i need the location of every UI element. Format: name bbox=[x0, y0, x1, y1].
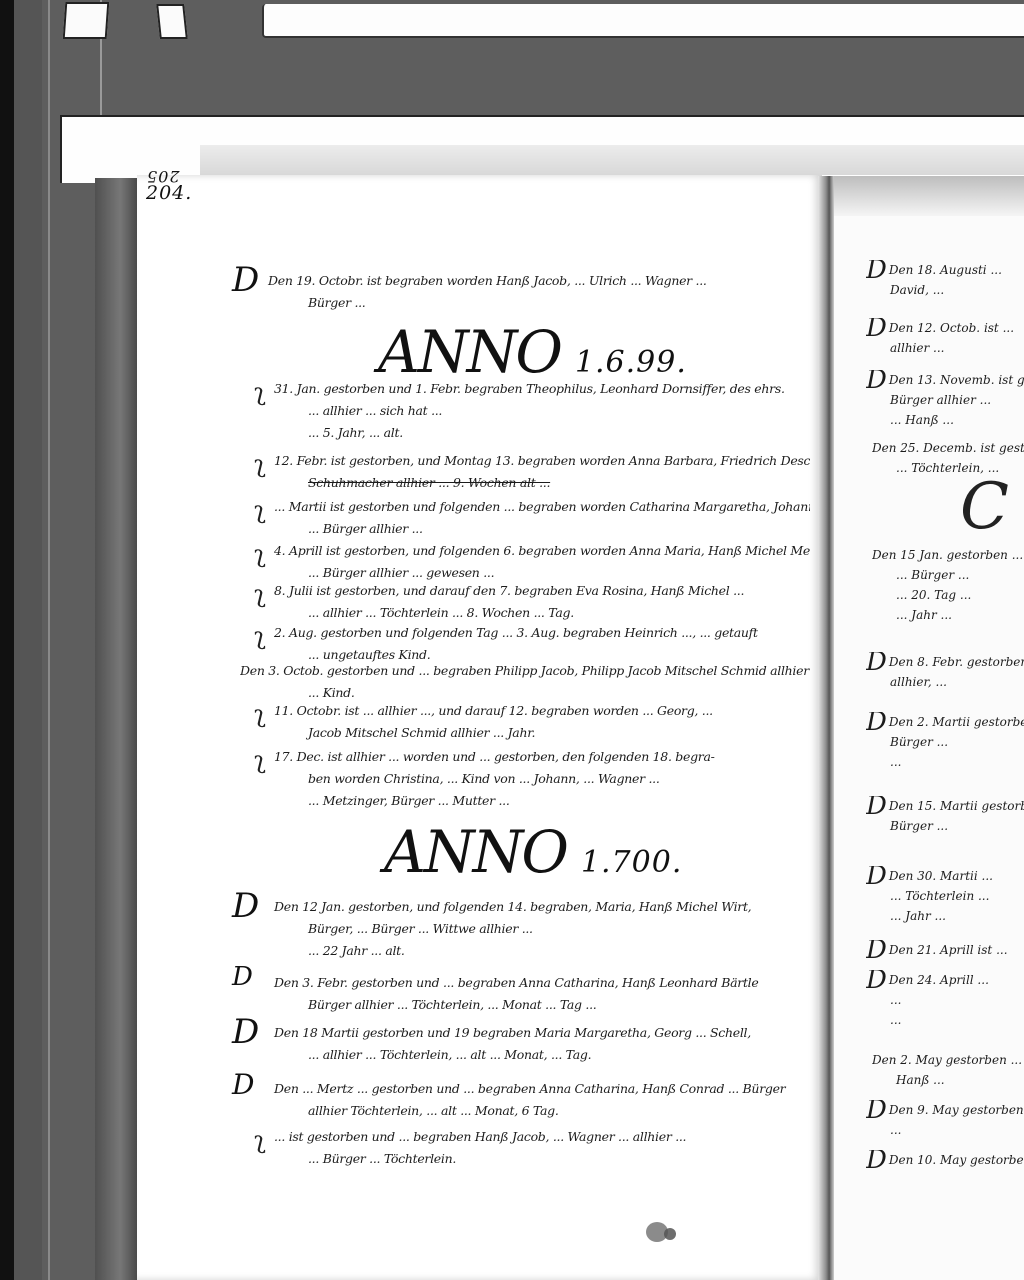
ornate-initial: D bbox=[866, 712, 887, 737]
paper-strip-shadow bbox=[200, 145, 1024, 175]
ornate-anno-initial: C bbox=[960, 470, 1009, 544]
entry-line: Jacob Mitschel Schmid allhier ... Jahr. bbox=[240, 722, 810, 744]
entry-line: Den 13. Novemb. ist gestorben, ... bbox=[889, 373, 1024, 387]
entry-line: ... Bürger ... Töchterlein. bbox=[240, 1148, 810, 1170]
entry-line: Den 3. Febr. gestorben und ... begraben … bbox=[240, 972, 810, 994]
entry-line: ... Martii ist gestorben und folgenden .… bbox=[240, 496, 810, 518]
entry-line: ... bbox=[866, 990, 1024, 1010]
register-entry: D Den 19. Octobr. ist begraben worden Ha… bbox=[240, 270, 810, 314]
paper-tab bbox=[156, 4, 188, 39]
ornate-initial: D bbox=[866, 796, 887, 821]
register-entry: Den 15 Jan. gestorben ... ... Bürger ...… bbox=[872, 545, 1024, 625]
ornate-initial: D bbox=[866, 1150, 887, 1170]
entry-line: Den 12. Octob. ist ... bbox=[889, 321, 1014, 335]
old-folio-number: 205 bbox=[146, 168, 182, 185]
register-entry: D Den 12 Jan. gestorben, und folgenden 1… bbox=[240, 896, 810, 962]
anno-label: ANNO bbox=[378, 318, 561, 386]
entry-line: ... allhier ... Töchterlein, ... alt ...… bbox=[240, 1044, 810, 1066]
entry-mark: ʅ bbox=[254, 540, 266, 568]
ornate-initial: D bbox=[232, 962, 253, 992]
entry-line: ... bbox=[866, 1010, 1024, 1030]
entry-line: ... allhier ... Töchterlein ... 8. Woche… bbox=[240, 602, 810, 624]
entry-line: 8. Julii ist gestorben, und darauf den 7… bbox=[240, 580, 810, 602]
entry-line: ... Jahr ... bbox=[872, 605, 1024, 625]
entry-line: ... Töchterlein ... bbox=[866, 886, 1024, 906]
entry-line: ... Bürger allhier ... bbox=[240, 518, 810, 540]
film-margin bbox=[14, 0, 42, 1280]
entry-line: Den 15. Martii gestorben ... bbox=[889, 799, 1024, 813]
entry-mark: ʅ bbox=[254, 378, 266, 406]
register-entry: D Den 18 Martii gestorben und 19 begrabe… bbox=[240, 1022, 810, 1066]
entry-line: ... 20. Tag ... bbox=[872, 585, 1024, 605]
entry-line: Den 18 Martii gestorben und 19 begraben … bbox=[240, 1022, 810, 1044]
entry-line: ... Bürger ... bbox=[872, 565, 1024, 585]
register-entry: DDen 9. May gestorben ... ... bbox=[866, 1100, 1024, 1140]
film-edge bbox=[0, 0, 14, 1280]
entry-line: ... Hanß ... bbox=[866, 410, 1024, 430]
entry-line: 11. Octobr. ist ... allhier ..., und dar… bbox=[240, 700, 810, 722]
entry-mark: ʅ bbox=[254, 450, 266, 478]
entry-line: allhier Töchterlein, ... alt ... Monat, … bbox=[240, 1100, 810, 1122]
register-entry: ʅ 17. Dec. ist allhier ... worden und ..… bbox=[240, 746, 810, 812]
entry-line: ... ist gestorben und ... begraben Hanß … bbox=[240, 1126, 810, 1148]
register-entry: DDen 15. Martii gestorben ... Bürger ... bbox=[866, 796, 1024, 836]
paper-tab bbox=[63, 2, 110, 39]
entry-line: Bürger, ... Bürger ... Wittwe allhier ..… bbox=[240, 918, 810, 940]
ornate-initial: D bbox=[232, 260, 259, 300]
entry-line: Den 2. Martii gestorben ... bbox=[889, 715, 1024, 729]
entry-line: Den 12 Jan. gestorben, und folgenden 14.… bbox=[240, 896, 810, 918]
entry-line-struck: Schuhmacher allhier ... 9. Wochen alt ..… bbox=[240, 472, 810, 494]
entry-line: allhier, ... bbox=[866, 672, 1024, 692]
year-value: 1.6.99. bbox=[575, 345, 687, 380]
ornate-initial: D bbox=[232, 886, 259, 926]
entry-mark: ʅ bbox=[254, 622, 266, 650]
entry-line: 31. Jan. gestorben und 1. Febr. begraben… bbox=[240, 378, 810, 400]
entry-line: ... 22 Jahr ... alt. bbox=[240, 940, 810, 962]
film-rail bbox=[48, 0, 50, 1280]
page-fold bbox=[818, 176, 834, 1280]
entry-line: Bürger ... bbox=[240, 292, 810, 314]
register-entry: DDen 8. Febr. gestorben ... allhier, ... bbox=[866, 652, 1024, 692]
register-entry: DDen 13. Novemb. ist gestorben, ... Bürg… bbox=[866, 370, 1024, 430]
entry-line: Den 24. Aprill ... bbox=[889, 973, 989, 987]
register-entry: ʅ ... Martii ist gestorben und folgenden… bbox=[240, 496, 810, 540]
entry-line: Den 25. Decemb. ist gestorben ... bbox=[872, 441, 1024, 455]
entry-line: Den 21. Aprill ist ... bbox=[889, 943, 1008, 957]
register-entry: DDen 18. Augusti ... David, ... bbox=[866, 260, 1024, 300]
register-entry: DDen 24. Aprill ... ... ... bbox=[866, 970, 1024, 1030]
entry-line: ... allhier ... sich hat ... bbox=[240, 400, 810, 422]
register-entry: ʅ 11. Octobr. ist ... allhier ..., und d… bbox=[240, 700, 810, 744]
anno-label: ANNO bbox=[384, 818, 567, 886]
register-entry: DDen 2. Martii gestorben ... Bürger ... … bbox=[866, 712, 1024, 772]
register-entry: ʅ 12. Febr. ist gestorben, und Montag 13… bbox=[240, 450, 810, 494]
folio-number: 205 204. bbox=[146, 168, 192, 202]
register-entry: DDen 12. Octob. ist ... allhier ... bbox=[866, 318, 1024, 358]
entry-line: Den 30. Martii ... bbox=[889, 869, 993, 883]
entry-line: Bürger ... bbox=[866, 816, 1024, 836]
register-entry: ʅ 31. Jan. gestorben und 1. Febr. begrab… bbox=[240, 378, 810, 444]
register-entry: DDen 21. Aprill ist ... bbox=[866, 940, 1024, 960]
register-entry: DDen 10. May gestorben ... bbox=[866, 1150, 1024, 1170]
ornate-initial: D bbox=[866, 370, 887, 395]
entry-line: Den 19. Octobr. ist begraben worden Hanß… bbox=[240, 270, 810, 292]
entry-line: Bürger ... bbox=[866, 732, 1024, 752]
year-value: 1.700. bbox=[581, 845, 682, 880]
register-entry: ʅ ... ist gestorben und ... begraben Han… bbox=[240, 1126, 810, 1170]
ornate-initial: D bbox=[232, 1068, 254, 1101]
register-entry: ʅ 4. Aprill ist gestorben, und folgenden… bbox=[240, 540, 810, 584]
register-entry: DDen 30. Martii ... ... Töchterlein ... … bbox=[866, 866, 1024, 926]
entry-line: ... 5. Jahr, ... alt. bbox=[240, 422, 810, 444]
ornate-initial: D bbox=[232, 1012, 259, 1052]
entry-line: Den ... Mertz ... gestorben und ... begr… bbox=[240, 1078, 810, 1100]
ornate-initial: D bbox=[866, 1100, 887, 1125]
register-entry: D Den ... Mertz ... gestorben und ... be… bbox=[240, 1078, 810, 1122]
entry-line: ben worden Christina, ... Kind von ... J… bbox=[240, 768, 810, 790]
entry-line: Den 3. Octob. gestorben und ... begraben… bbox=[240, 660, 810, 682]
binding-gutter bbox=[95, 178, 137, 1280]
entry-line: ... Metzinger, Bürger ... Mutter ... bbox=[240, 790, 810, 812]
entry-line: Bürger allhier ... Töchterlein, ... Mona… bbox=[240, 994, 810, 1016]
entry-mark: ʅ bbox=[254, 746, 266, 774]
ornate-initial: D bbox=[866, 940, 887, 960]
entry-line: Den 9. May gestorben ... bbox=[889, 1103, 1024, 1117]
entry-line: 2. Aug. gestorben und folgenden Tag ... … bbox=[240, 622, 810, 644]
entry-line: ... bbox=[866, 752, 1024, 772]
ornate-initial: D bbox=[866, 260, 887, 285]
entry-line: Bürger allhier ... bbox=[866, 390, 1024, 410]
entry-line: 4. Aprill ist gestorben, und folgenden 6… bbox=[240, 540, 810, 562]
register-entry: D Den 3. Febr. gestorben und ... begrabe… bbox=[240, 972, 810, 1016]
entry-line: Den 18. Augusti ... bbox=[889, 263, 1002, 277]
paper-strip bbox=[262, 4, 1024, 38]
year-heading: ANNO1.700. bbox=[384, 818, 682, 886]
year-heading: ANNO1.6.99. bbox=[378, 318, 687, 386]
entry-line: 12. Febr. ist gestorben, und Montag 13. … bbox=[240, 450, 810, 472]
register-entry: Den 3. Octob. gestorben und ... begraben… bbox=[240, 660, 810, 704]
entry-line: ... Jahr ... bbox=[866, 906, 1024, 926]
entry-line: Den 10. May gestorben ... bbox=[889, 1153, 1024, 1167]
page-shadow bbox=[834, 176, 1024, 216]
register-entry: Den 2. May gestorben ... Hanß ... bbox=[872, 1050, 1024, 1090]
entry-line: Den 15 Jan. gestorben ... bbox=[872, 548, 1023, 562]
ornate-initial: D bbox=[866, 970, 887, 995]
entry-line: 17. Dec. ist allhier ... worden und ... … bbox=[240, 746, 810, 768]
entry-mark: ʅ bbox=[254, 1126, 266, 1154]
ornate-initial: D bbox=[866, 652, 887, 677]
entry-line: Den 8. Febr. gestorben ... bbox=[889, 655, 1024, 669]
entry-line: David, ... bbox=[866, 280, 1024, 300]
ornate-initial: D bbox=[866, 318, 887, 343]
ink-blot bbox=[664, 1228, 676, 1240]
entry-line: allhier ... bbox=[866, 338, 1024, 358]
entry-line: Hanß ... bbox=[872, 1070, 1024, 1090]
ornate-initial: D bbox=[866, 866, 887, 891]
register-entry: ʅ 8. Julii ist gestorben, und darauf den… bbox=[240, 580, 810, 624]
entry-line: ... bbox=[866, 1120, 1024, 1140]
entry-line: Den 2. May gestorben ... bbox=[872, 1053, 1022, 1067]
entry-mark: ʅ bbox=[254, 580, 266, 608]
entry-mark: ʅ bbox=[254, 700, 266, 728]
entry-mark: ʅ bbox=[254, 496, 266, 524]
